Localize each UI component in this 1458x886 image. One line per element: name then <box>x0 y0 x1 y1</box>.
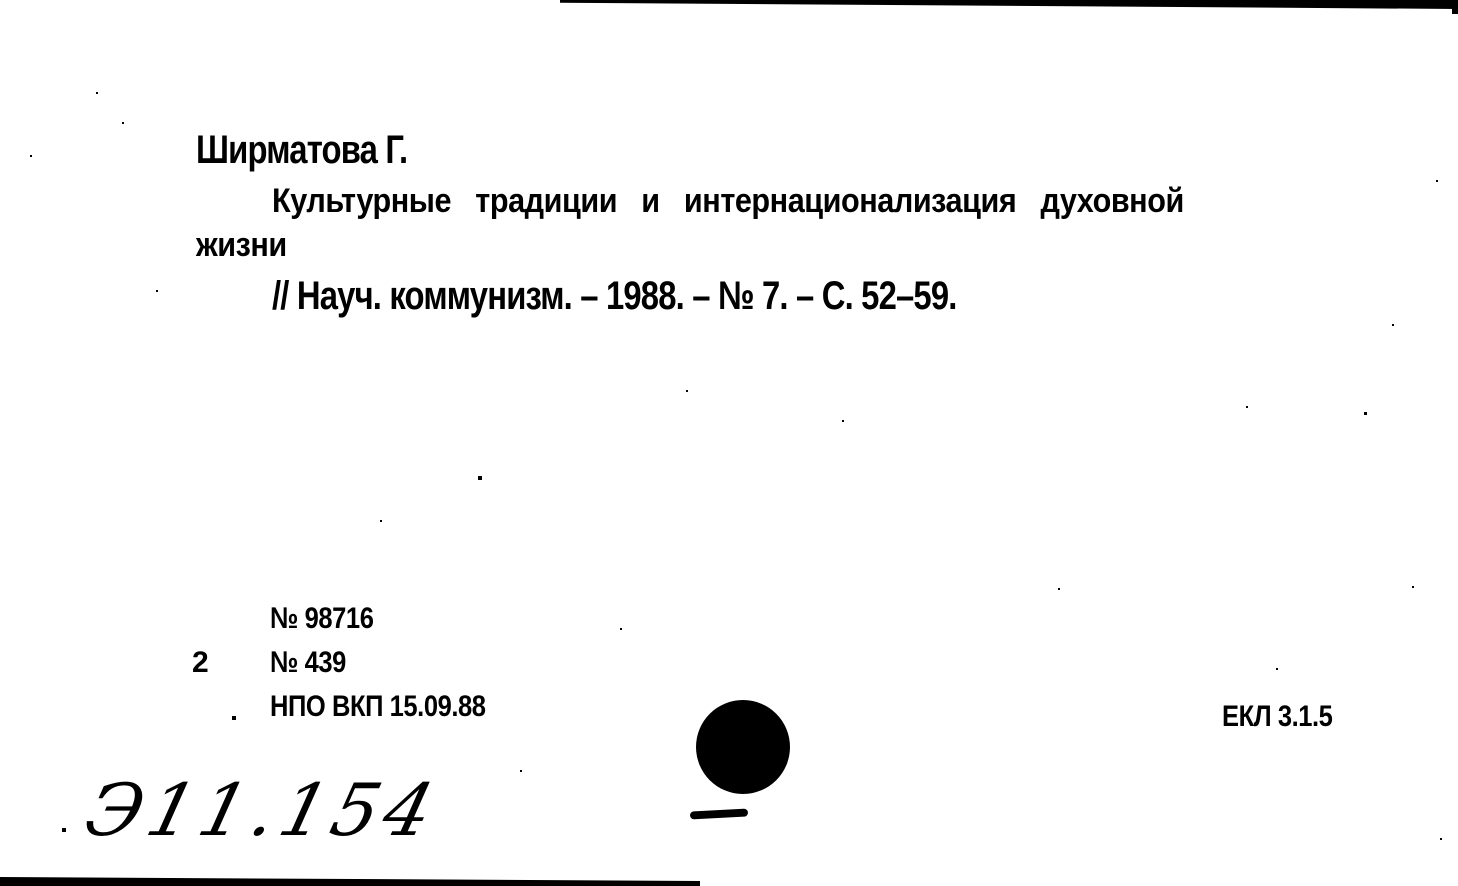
author-name: Шир­матова Г. <box>196 128 407 173</box>
card-bottom-edge <box>0 876 700 886</box>
handwritten-shelf-code: Э11.154 <box>78 768 448 852</box>
article-title: Культурные традиции и интернационализаци… <box>272 182 1184 221</box>
ink-smear <box>690 808 748 819</box>
inventory-number-1: № 98716 <box>270 602 373 636</box>
article-title-continued: жизни <box>196 226 287 265</box>
classification-code: ЕКЛ 3.1.5 <box>1222 700 1332 734</box>
card-top-edge <box>560 0 1458 9</box>
catalog-card: Шир­матова Г. Культурные традиции и инте… <box>0 0 1458 886</box>
inventory-number-2: № 439 <box>270 646 346 680</box>
source-citation: // Науч. коммунизм. – 1988. – № 7. – С. … <box>272 274 957 319</box>
copies-count: 2 <box>192 646 208 680</box>
card-corner-mark <box>1452 0 1458 14</box>
organization-date: НПО ВКП 15.09.88 <box>270 690 486 724</box>
punch-hole <box>696 700 790 794</box>
